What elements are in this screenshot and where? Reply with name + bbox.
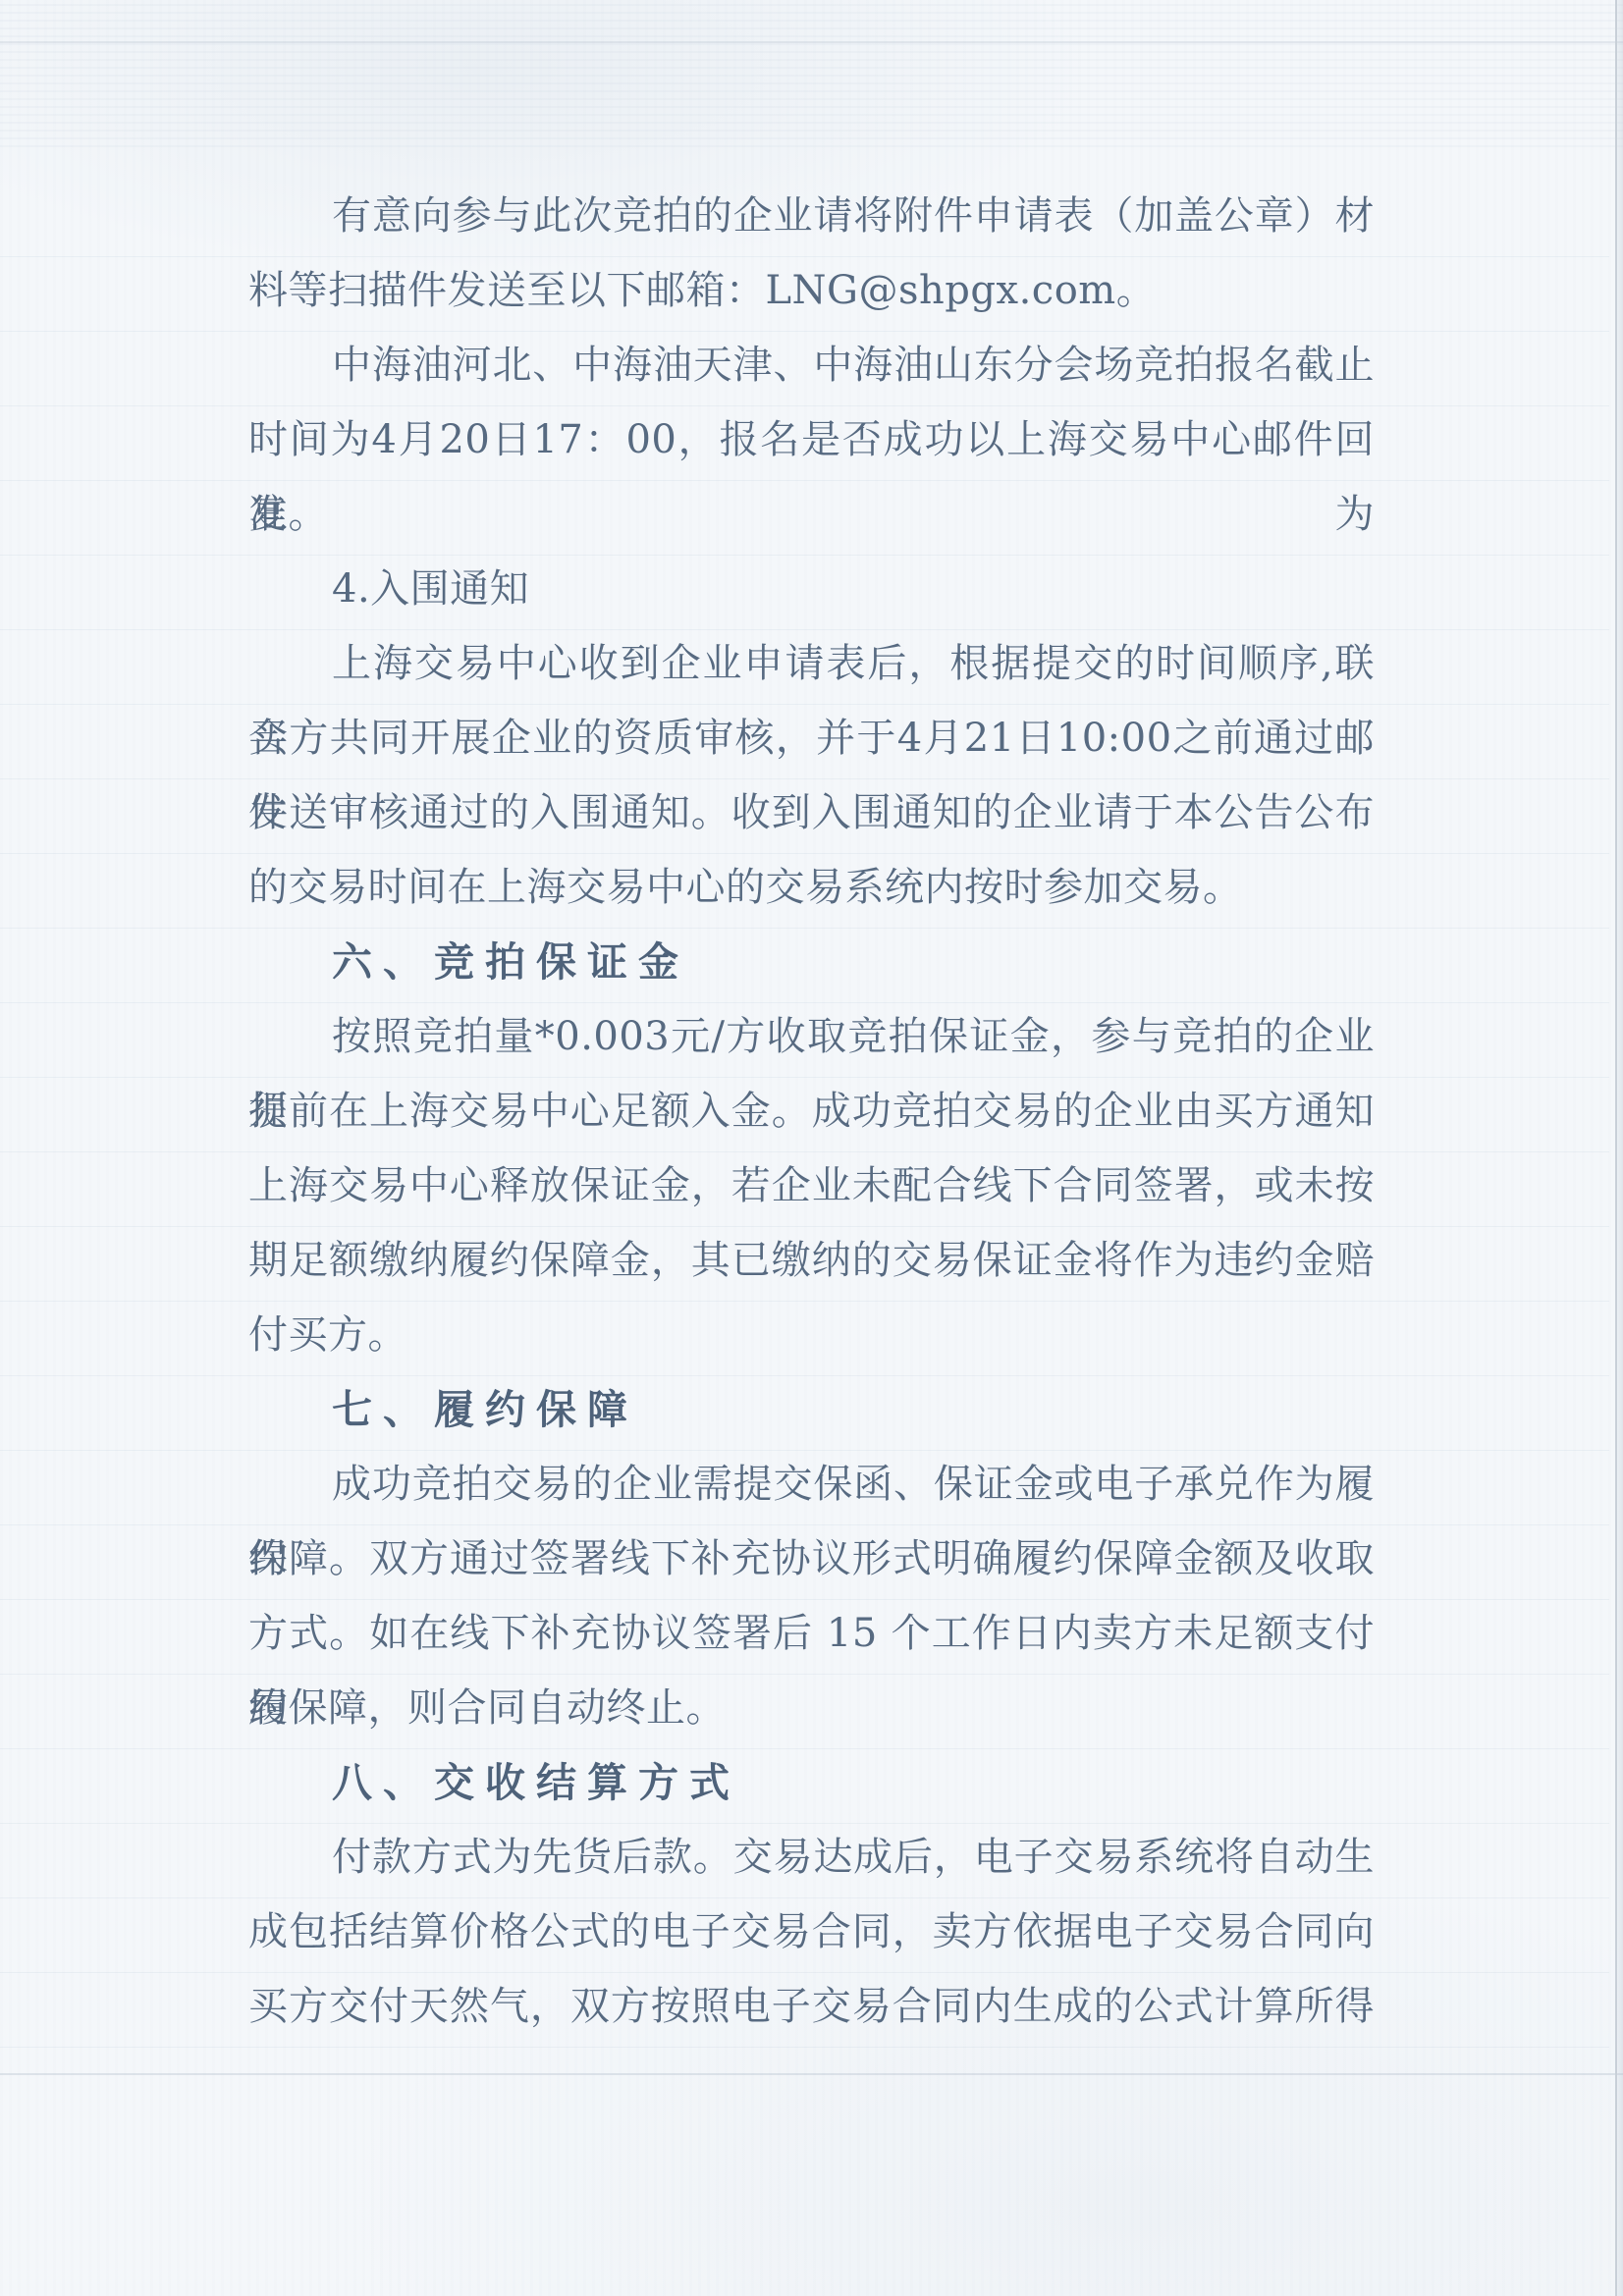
- paragraph-application-submission: 有意向参与此次竞拍的企业请将附件申请表（加盖公章）材 料等扫描件发送至以下邮箱：…: [248, 179, 1375, 328]
- page-edge-shadow: [1615, 0, 1623, 2296]
- subsection-4-title: 4.入围通知: [248, 552, 1375, 626]
- text-line: 买方共同开展企业的资质审核，并于4月21日10:00之前通过邮件: [248, 701, 1375, 775]
- text-line: 有意向参与此次竞拍的企业请将附件申请表（加盖公章）材: [248, 179, 1375, 253]
- text-line: 方式。如在线下补充协议签署后 15 个工作日内卖方未足额支付履: [248, 1596, 1375, 1671]
- text-line: 付买方。: [248, 1298, 1375, 1372]
- text-line: 约保障，则合同自动终止。: [248, 1671, 1375, 1745]
- text-line: 期足额缴纳履约保障金，其已缴纳的交易保证金将作为违约金赔: [248, 1223, 1375, 1298]
- text-line: 提前在上海交易中心足额入金。成功竞拍交易的企业由买方通知: [248, 1074, 1375, 1148]
- text-line: 发送审核通过的入围通知。收到入围通知的企业请于本公告公布: [248, 775, 1375, 850]
- scan-artifact-line: [0, 2073, 1623, 2075]
- text-line: 按照竞拍量*0.003元/方收取竞拍保证金，参与竞拍的企业须: [248, 999, 1375, 1074]
- text-line: 上海交易中心释放保证金，若企业未配合线下合同签署，或未按: [248, 1148, 1375, 1223]
- text-line: 成功竞拍交易的企业需提交保函、保证金或电子承兑作为履约: [248, 1447, 1375, 1522]
- section-7-heading-block: 七、履约保障: [248, 1372, 1375, 1447]
- section-heading-8: 八、交收结算方式: [248, 1745, 1375, 1820]
- text-line: 时间为4月20日17：00，报名是否成功以上海交易中心邮件回复为: [248, 402, 1375, 477]
- subsection-heading: 4.入围通知: [248, 552, 1375, 626]
- paragraph-performance-guarantee: 成功竞拍交易的企业需提交保函、保证金或电子承兑作为履约 保障。双方通过签署线下补…: [248, 1447, 1375, 1745]
- section-6-heading-block: 六、竞拍保证金: [248, 925, 1375, 999]
- document-page: 有意向参与此次竞拍的企业请将附件申请表（加盖公章）材 料等扫描件发送至以下邮箱：…: [0, 0, 1623, 2296]
- text-line: 买方交付天然气，双方按照电子交易合同内生成的公式计算所得: [248, 1969, 1375, 2044]
- section-heading-7: 七、履约保障: [248, 1372, 1375, 1447]
- document-body: 有意向参与此次竞拍的企业请将附件申请表（加盖公章）材 料等扫描件发送至以下邮箱：…: [248, 179, 1375, 2044]
- scan-noise-band: [0, 0, 1623, 147]
- text-line: 的交易时间在上海交易中心的交易系统内按时参加交易。: [248, 850, 1375, 925]
- paragraph-shortlist-notification: 上海交易中心收到企业申请表后，根据提交的时间顺序,联合 买方共同开展企业的资质审…: [248, 626, 1375, 925]
- paragraph-bid-deposit: 按照竞拍量*0.003元/方收取竞拍保证金，参与竞拍的企业须 提前在上海交易中心…: [248, 999, 1375, 1372]
- text-line: 成包括结算价格公式的电子交易合同，卖方依据电子交易合同向: [248, 1895, 1375, 1969]
- paragraph-delivery-settlement: 付款方式为先货后款。交易达成后，电子交易系统将自动生 成包括结算价格公式的电子交…: [248, 1820, 1375, 2044]
- text-line: 付款方式为先货后款。交易达成后，电子交易系统将自动生: [248, 1820, 1375, 1895]
- text-line: 上海交易中心收到企业申请表后，根据提交的时间顺序,联合: [248, 626, 1375, 701]
- text-line: 保障。双方通过签署线下补充协议形式明确履约保障金额及收取: [248, 1522, 1375, 1596]
- scan-artifact-line: [0, 41, 1623, 43]
- paragraph-registration-deadline: 中海油河北、中海油天津、中海油山东分会场竞拍报名截止 时间为4月20日17：00…: [248, 328, 1375, 552]
- section-8-heading-block: 八、交收结算方式: [248, 1745, 1375, 1820]
- section-heading-6: 六、竞拍保证金: [248, 925, 1375, 999]
- text-line: 中海油河北、中海油天津、中海油山东分会场竞拍报名截止: [248, 328, 1375, 402]
- text-line-with-email: 料等扫描件发送至以下邮箱：LNG@shpgx.com。: [248, 253, 1375, 328]
